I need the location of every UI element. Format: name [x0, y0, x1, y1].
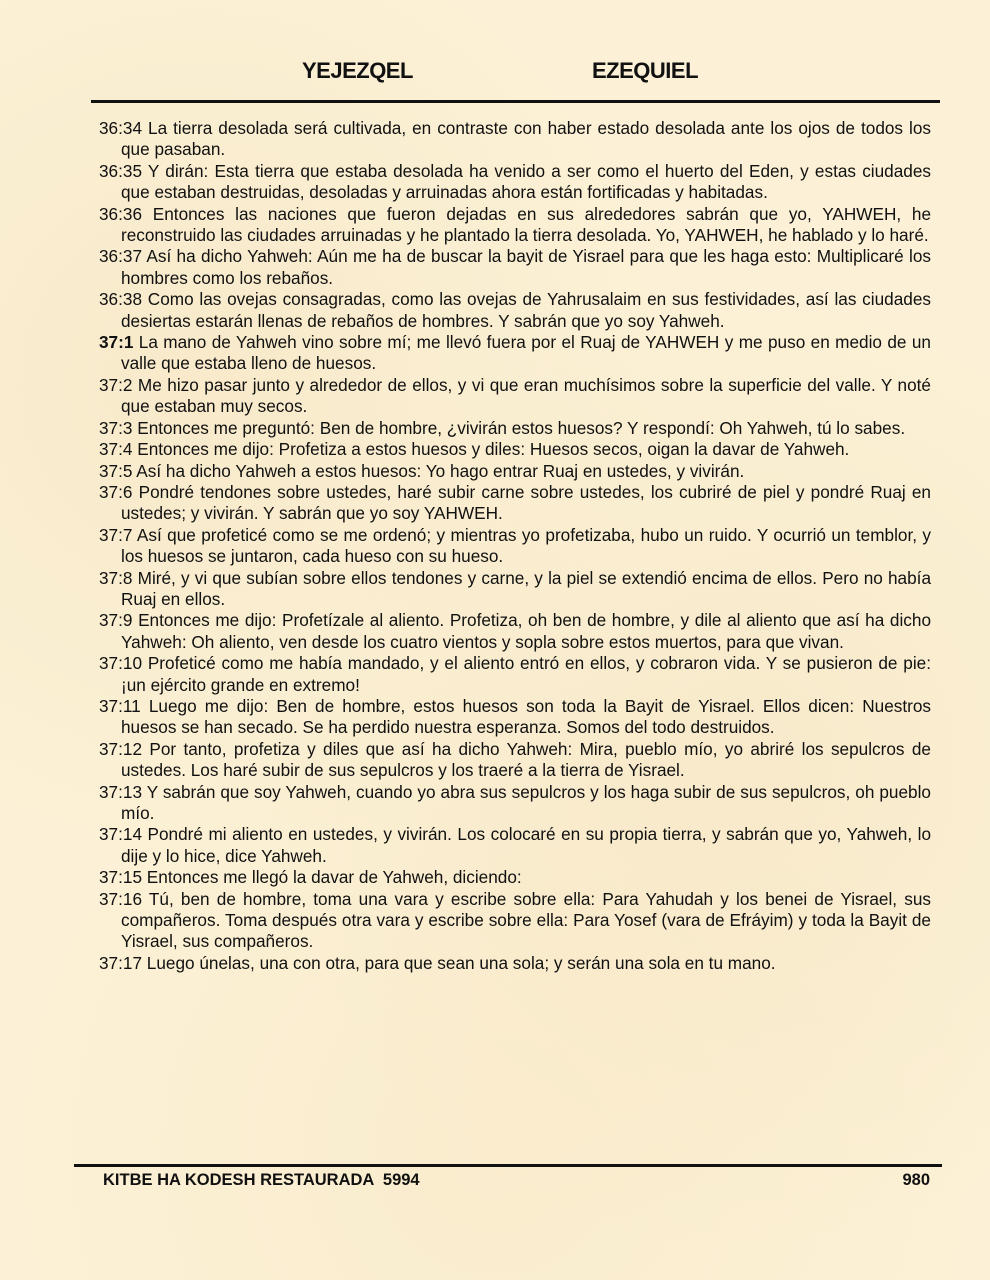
verse: 37:12 Por tanto, profetiza y diles que a…: [99, 739, 931, 782]
verse-reference: 37:17: [99, 953, 142, 973]
verse-reference: 37:12: [99, 739, 142, 759]
verse: 37:7 Así que profeticé como se me ordenó…: [99, 525, 931, 568]
verse-reference: 37:1: [99, 332, 133, 352]
verse: 37:15 Entonces me llegó la davar de Yahw…: [99, 867, 931, 888]
verse-reference: 36:34: [99, 118, 142, 138]
verse-text: Por tanto, profetiza y diles que así ha …: [121, 739, 931, 780]
verse-reference: 36:35: [99, 161, 142, 181]
header-divider: [91, 100, 940, 103]
footer-divider: [74, 1164, 942, 1167]
verse: 37:2 Me hizo pasar junto y alrededor de …: [99, 375, 931, 418]
verse-text: La tierra desolada será cultivada, en co…: [121, 118, 931, 159]
verse-reference: 36:38: [99, 289, 142, 309]
verse-text: Así ha dicho Yahweh: Aún me ha de buscar…: [121, 246, 931, 287]
verse: 37:17 Luego únelas, una con otra, para q…: [99, 953, 931, 974]
verse-text: Como las ovejas consagradas, como las ov…: [121, 289, 931, 330]
verse-reference: 37:16: [99, 889, 142, 909]
verse-text: Y dirán: Esta tierra que estaba desolada…: [121, 161, 931, 202]
verse-reference: 36:36: [99, 204, 142, 224]
verse: 36:38 Como las ovejas consagradas, como …: [99, 289, 931, 332]
verse-text: Entonces me preguntó: Ben de hombre, ¿vi…: [137, 418, 905, 438]
verse-text: Y sabrán que soy Yahweh, cuando yo abra …: [121, 782, 931, 823]
verse: 36:37 Así ha dicho Yahweh: Aún me ha de …: [99, 246, 931, 289]
verse: 37:10 Profeticé como me había mandado, y…: [99, 653, 931, 696]
verse-text: Así que profeticé como se me ordenó; y m…: [121, 525, 931, 566]
verse: 37:6 Pondré tendones sobre ustedes, haré…: [99, 482, 931, 525]
verse: 37:3 Entonces me preguntó: Ben de hombre…: [99, 418, 931, 439]
verse-reference: 37:5: [99, 461, 132, 481]
verse-reference: 37:15: [99, 867, 142, 887]
verse: 36:35 Y dirán: Esta tierra que estaba de…: [99, 161, 931, 204]
verse: 37:9 Entonces me dijo: Profetízale al al…: [99, 610, 931, 653]
verse: 36:34 La tierra desolada será cultivada,…: [99, 118, 931, 161]
verse-text: Miré, y vi que subían sobre ellos tendon…: [121, 568, 931, 609]
verse: 37:5 Así ha dicho Yahweh a estos huesos:…: [99, 461, 931, 482]
verse: 37:14 Pondré mi aliento en ustedes, y vi…: [99, 824, 931, 867]
verse-text: Luego me dijo: Ben de hombre, estos hues…: [121, 696, 931, 737]
verse-text: Tú, ben de hombre, toma una vara y escri…: [121, 889, 931, 952]
verse-reference: 37:14: [99, 824, 142, 844]
header-spanish-title: EZEQUIEL: [592, 58, 698, 84]
header-hebrew-title: YEJEZQEL: [302, 58, 413, 84]
verse-reference: 37:6: [99, 482, 132, 502]
page-number: 980: [902, 1171, 930, 1190]
verse-text: Entonces las naciones que fueron dejadas…: [121, 204, 931, 245]
verse-text: Profeticé como me había mandado, y el al…: [121, 653, 931, 694]
footer-book-title: KITBE HA KODESH RESTAURADA 5994: [103, 1171, 420, 1190]
verse: 37:11 Luego me dijo: Ben de hombre, esto…: [99, 696, 931, 739]
verse: 36:36 Entonces las naciones que fueron d…: [99, 204, 931, 247]
verse: 37:1 La mano de Yahweh vino sobre mí; me…: [99, 332, 931, 375]
page-header: YEJEZQEL EZEQUIEL: [0, 58, 990, 92]
verse-reference: 37:7: [99, 525, 132, 545]
verse-text: Luego únelas, una con otra, para que sea…: [147, 953, 776, 973]
verse-reference: 37:4: [99, 439, 132, 459]
verse-text: Entonces me llegó la davar de Yahweh, di…: [147, 867, 522, 887]
verse-text: Pondré mi aliento en ustedes, y vivirán.…: [121, 824, 931, 865]
verse-reference: 36:37: [99, 246, 142, 266]
verse-text: La mano de Yahweh vino sobre mí; me llev…: [121, 332, 931, 373]
verse-reference: 37:3: [99, 418, 132, 438]
verse-reference: 37:10: [99, 653, 142, 673]
verse-reference: 37:9: [99, 610, 132, 630]
verse-reference: 37:11: [99, 696, 141, 716]
verse: 37:8 Miré, y vi que subían sobre ellos t…: [99, 568, 931, 611]
verse-reference: 37:8: [99, 568, 132, 588]
verse-text: Pondré tendones sobre ustedes, haré subi…: [121, 482, 931, 523]
verse-text: Me hizo pasar junto y alrededor de ellos…: [121, 375, 931, 416]
verse: 37:16 Tú, ben de hombre, toma una vara y…: [99, 889, 931, 953]
verse-list: 36:34 La tierra desolada será cultivada,…: [99, 118, 931, 974]
verse-text: Así ha dicho Yahweh a estos huesos: Yo h…: [136, 461, 744, 481]
verse: 37:4 Entonces me dijo: Profetiza a estos…: [99, 439, 931, 460]
verse-reference: 37:2: [99, 375, 132, 395]
verse-text: Entonces me dijo: Profetiza a estos hues…: [137, 439, 849, 459]
verse-reference: 37:13: [99, 782, 142, 802]
verse-text: Entonces me dijo: Profetízale al aliento…: [121, 610, 931, 651]
verse: 37:13 Y sabrán que soy Yahweh, cuando yo…: [99, 782, 931, 825]
